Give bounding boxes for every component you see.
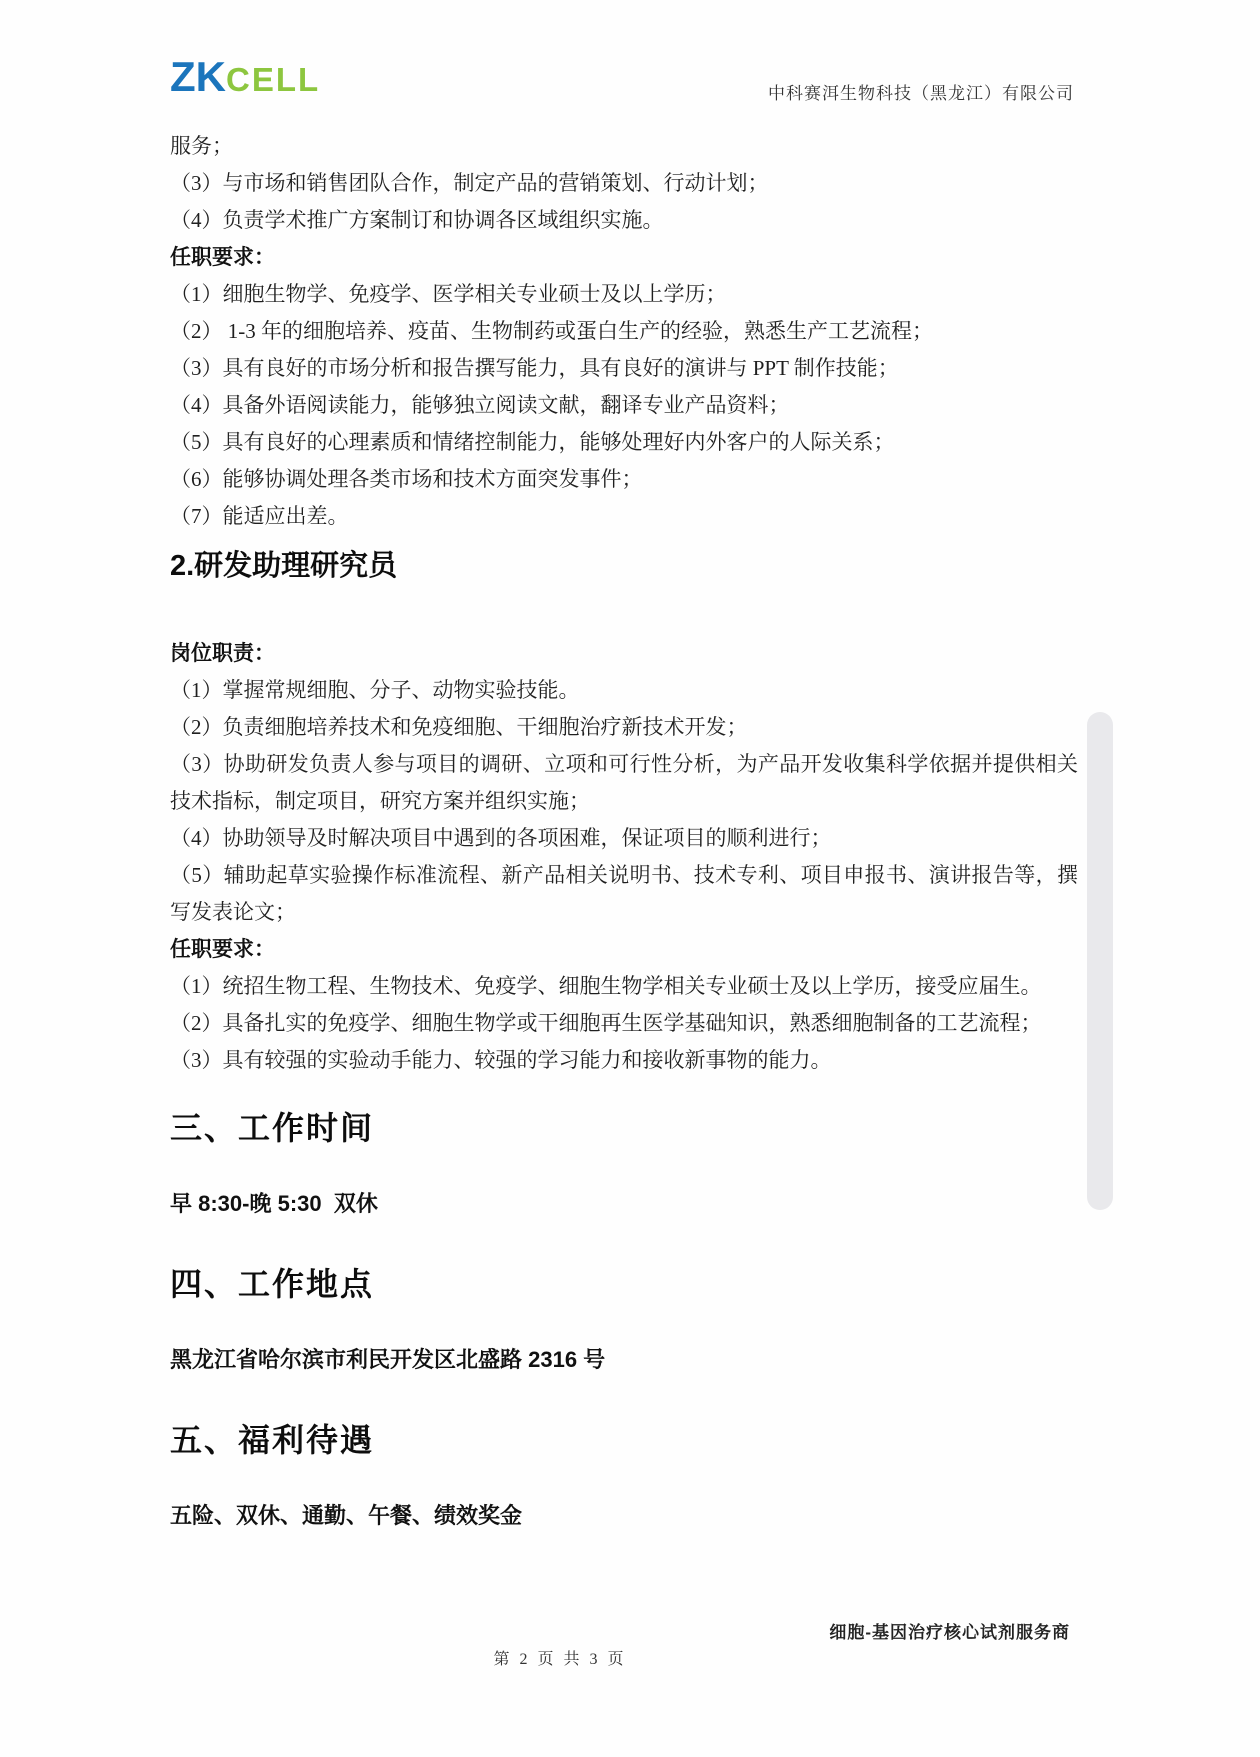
requirement-item: （5）具有良好的心理素质和情绪控制能力，能够处理好内外客户的人际关系； [170, 424, 1078, 461]
duty-item: （3）协助研发负责人参与项目的调研、立项和可行性分析，为产品开发收集科学依据并提… [170, 746, 1078, 820]
section-title-rd-assistant: 2.研发助理研究员 [170, 545, 1078, 587]
requirement-item: （4）具备外语阅读能力，能够独立阅读文献，翻译专业产品资料； [170, 387, 1078, 424]
logo-zk-text: ZK [170, 53, 226, 100]
requirement-item: （2） 1-3 年的细胞培养、疫苗、生物制药或蛋白生产的经验，熟悉生产工艺流程； [170, 313, 1078, 350]
work-hours-text: 早 8:30-晚 5:30 双休 [170, 1189, 1078, 1219]
requirement-item: （7）能适应出差。 [170, 498, 1078, 535]
duty-item: （5）辅助起草实验操作标准流程、新产品相关说明书、技术专利、项目申报书、演讲报告… [170, 857, 1078, 931]
section-title-work-location: 四、工作地点 [170, 1261, 1078, 1307]
work-location-text: 黑龙江省哈尔滨市利民开发区北盛路 2316 号 [170, 1345, 1078, 1375]
requirements-label: 任职要求： [170, 239, 1078, 276]
requirements-label: 任职要求： [170, 931, 1078, 968]
requirement-item: （3）具有较强的实验动手能力、较强的学习能力和接收新事物的能力。 [170, 1042, 1078, 1079]
document-body: 服务； （3）与市场和销售团队合作，制定产品的营销策划、行动计划； （4）负责学… [0, 110, 1260, 1531]
logo-cell-text: CELL [226, 61, 320, 98]
duty-item: （2）负责细胞培养技术和免疫细胞、干细胞治疗新技术开发； [170, 709, 1078, 746]
footer-tagline: 细胞-基因治疗核心试剂服务商 [829, 1618, 1070, 1643]
requirement-item: （3）具有良好的市场分析和报告撰写能力，具有良好的演讲与 PPT 制作技能； [170, 350, 1078, 387]
intro-line: （3）与市场和销售团队合作，制定产品的营销策划、行动计划； [170, 165, 1078, 202]
zkcell-logo: ZKCELL [170, 54, 320, 110]
section-title-work-hours: 三、工作时间 [170, 1105, 1078, 1151]
benefits-text: 五险、双休、通勤、午餐、绩效奖金 [170, 1501, 1078, 1531]
duty-item: （1）掌握常规细胞、分子、动物实验技能。 [170, 672, 1078, 709]
section-title-benefits: 五、福利待遇 [170, 1417, 1078, 1463]
duty-item: （4）协助领导及时解决项目中遇到的各项困难，保证项目的顺利进行； [170, 820, 1078, 857]
requirement-item: （6）能够协调处理各类市场和技术方面突发事件； [170, 461, 1078, 498]
intro-line: （4）负责学术推广方案制订和协调各区域组织实施。 [170, 202, 1078, 239]
requirement-item: （2）具备扎实的免疫学、细胞生物学或干细胞再生医学基础知识，熟悉细胞制备的工艺流… [170, 1005, 1078, 1042]
requirement-item: （1）细胞生物学、免疫学、医学相关专业硕士及以上学历； [170, 276, 1078, 313]
footer-page-number: 第 2 页 共 3 页 [0, 1646, 1120, 1669]
document-page: ZKCELL 中科赛洱生物科技（黑龙江）有限公司 服务； （3）与市场和销售团队… [0, 0, 1260, 1757]
requirement-item: （1）统招生物工程、生物技术、免疫学、细胞生物学相关专业硕士及以上学历，接受应届… [170, 968, 1078, 1005]
page-header: ZKCELL 中科赛洱生物科技（黑龙江）有限公司 [0, 0, 1260, 110]
duties-label: 岗位职责： [170, 635, 1078, 672]
company-name: 中科赛洱生物科技（黑龙江）有限公司 [768, 79, 1074, 110]
scrollbar-thumb[interactable] [1087, 712, 1113, 1210]
intro-line: 服务； [170, 128, 1078, 165]
